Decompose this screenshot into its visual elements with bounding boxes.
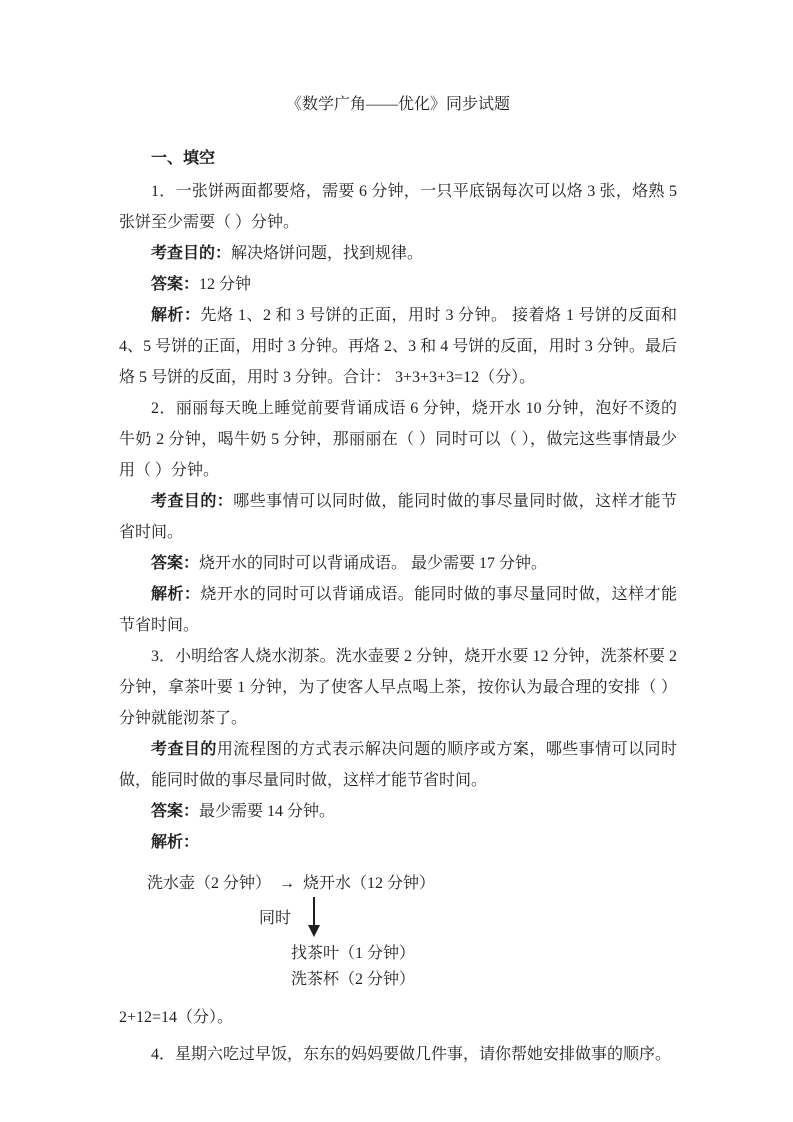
flow-parallel-steps: 找茶叶（1 分钟） 洗茶杯（2 分钟） <box>119 941 677 993</box>
question-3-text: 3．小明给客人烧水沏茶。洗水壶要 2 分钟，烧开水要 12 分钟，洗茶杯要 2 … <box>119 641 677 734</box>
analysis-label: 解析： <box>151 307 201 324</box>
question-1-analysis: 解析：先烙 1、2 和 3 号饼的正面，用时 3 分钟。 接着烙 1 号饼的反面… <box>119 300 677 393</box>
flow-step-get-tea: 找茶叶（1 分钟） <box>291 941 677 967</box>
question-1-number: 1． <box>151 183 176 200</box>
simultaneous-label: 同时 <box>259 909 291 929</box>
question-1-answer: 答案：12 分钟 <box>119 269 677 300</box>
question-4-number: 4． <box>151 1046 175 1063</box>
question-3-analysis-label: 解析： <box>119 827 677 858</box>
right-arrow-icon: → <box>271 875 303 892</box>
question-3-number: 3． <box>151 648 175 665</box>
flow-step-wash-cup: 洗茶杯（2 分钟） <box>291 967 677 993</box>
flow-diagram: 洗水壶（2 分钟）→烧开水（12 分钟） 同时 找茶叶（1 分钟） 洗茶杯（2 … <box>119 871 677 993</box>
answer-label: 答案： <box>151 555 199 572</box>
purpose-label: 考查目的： <box>151 245 231 262</box>
purpose-label: 考查目的 <box>151 741 217 758</box>
question-2-purpose: 考查目的：哪些事情可以同时做，能同时做的事尽量同时做，这样才能节省时间。 <box>119 486 677 548</box>
answer-label: 答案： <box>151 276 199 293</box>
answer-label: 答案： <box>151 803 199 820</box>
question-1-purpose: 考查目的：解决烙饼问题，找到规律。 <box>119 238 677 269</box>
question-2-text: 2．丽丽每天晚上睡觉前要背诵成语 6 分钟，烧开水 10 分钟，泡好不烫的牛奶 … <box>119 393 677 486</box>
question-2-number: 2． <box>151 400 176 417</box>
document-page: 《数学广角——优化》同步试题 一、填空 1．一张饼两面都要烙，需要 6 分钟，一… <box>0 0 793 1122</box>
question-2-analysis: 解析：烧开水的同时可以背诵成语。能同时做的事尽量同时做，这样才能节省时间。 <box>119 579 677 641</box>
question-1-text: 1．一张饼两面都要烙，需要 6 分钟，一只平底锅每次可以烙 3 张，烙熟 5 张… <box>119 176 677 238</box>
flow-step-wash-kettle: 洗水壶（2 分钟） <box>147 875 271 892</box>
section-heading: 一、填空 <box>119 149 677 169</box>
down-arrow-icon <box>305 897 323 937</box>
analysis-label: 解析： <box>151 834 199 851</box>
flow-row-sequence: 洗水壶（2 分钟）→烧开水（12 分钟） <box>119 871 677 897</box>
flow-row-simultaneous: 同时 <box>119 897 677 941</box>
page-title: 《数学广角——优化》同步试题 <box>119 95 677 115</box>
question-3-answer: 答案：最少需要 14 分钟。 <box>119 796 677 827</box>
purpose-label: 考查目的： <box>151 493 233 510</box>
question-2-answer: 答案：烧开水的同时可以背诵成语。 最少需要 17 分钟。 <box>119 548 677 579</box>
question-4-text: 4．星期六吃过早饭，东东的妈妈要做几件事，请你帮她安排做事的顺序。 <box>119 1039 677 1070</box>
analysis-label: 解析： <box>151 586 200 603</box>
question-3-purpose: 考查目的用流程图的方式表示解决问题的顺序或方案，哪些事情可以同时做，能同时做的事… <box>119 734 677 796</box>
flow-calculation: 2+12=14（分）。 <box>119 1002 677 1033</box>
flow-step-boil-water: 烧开水（12 分钟） <box>303 875 435 892</box>
